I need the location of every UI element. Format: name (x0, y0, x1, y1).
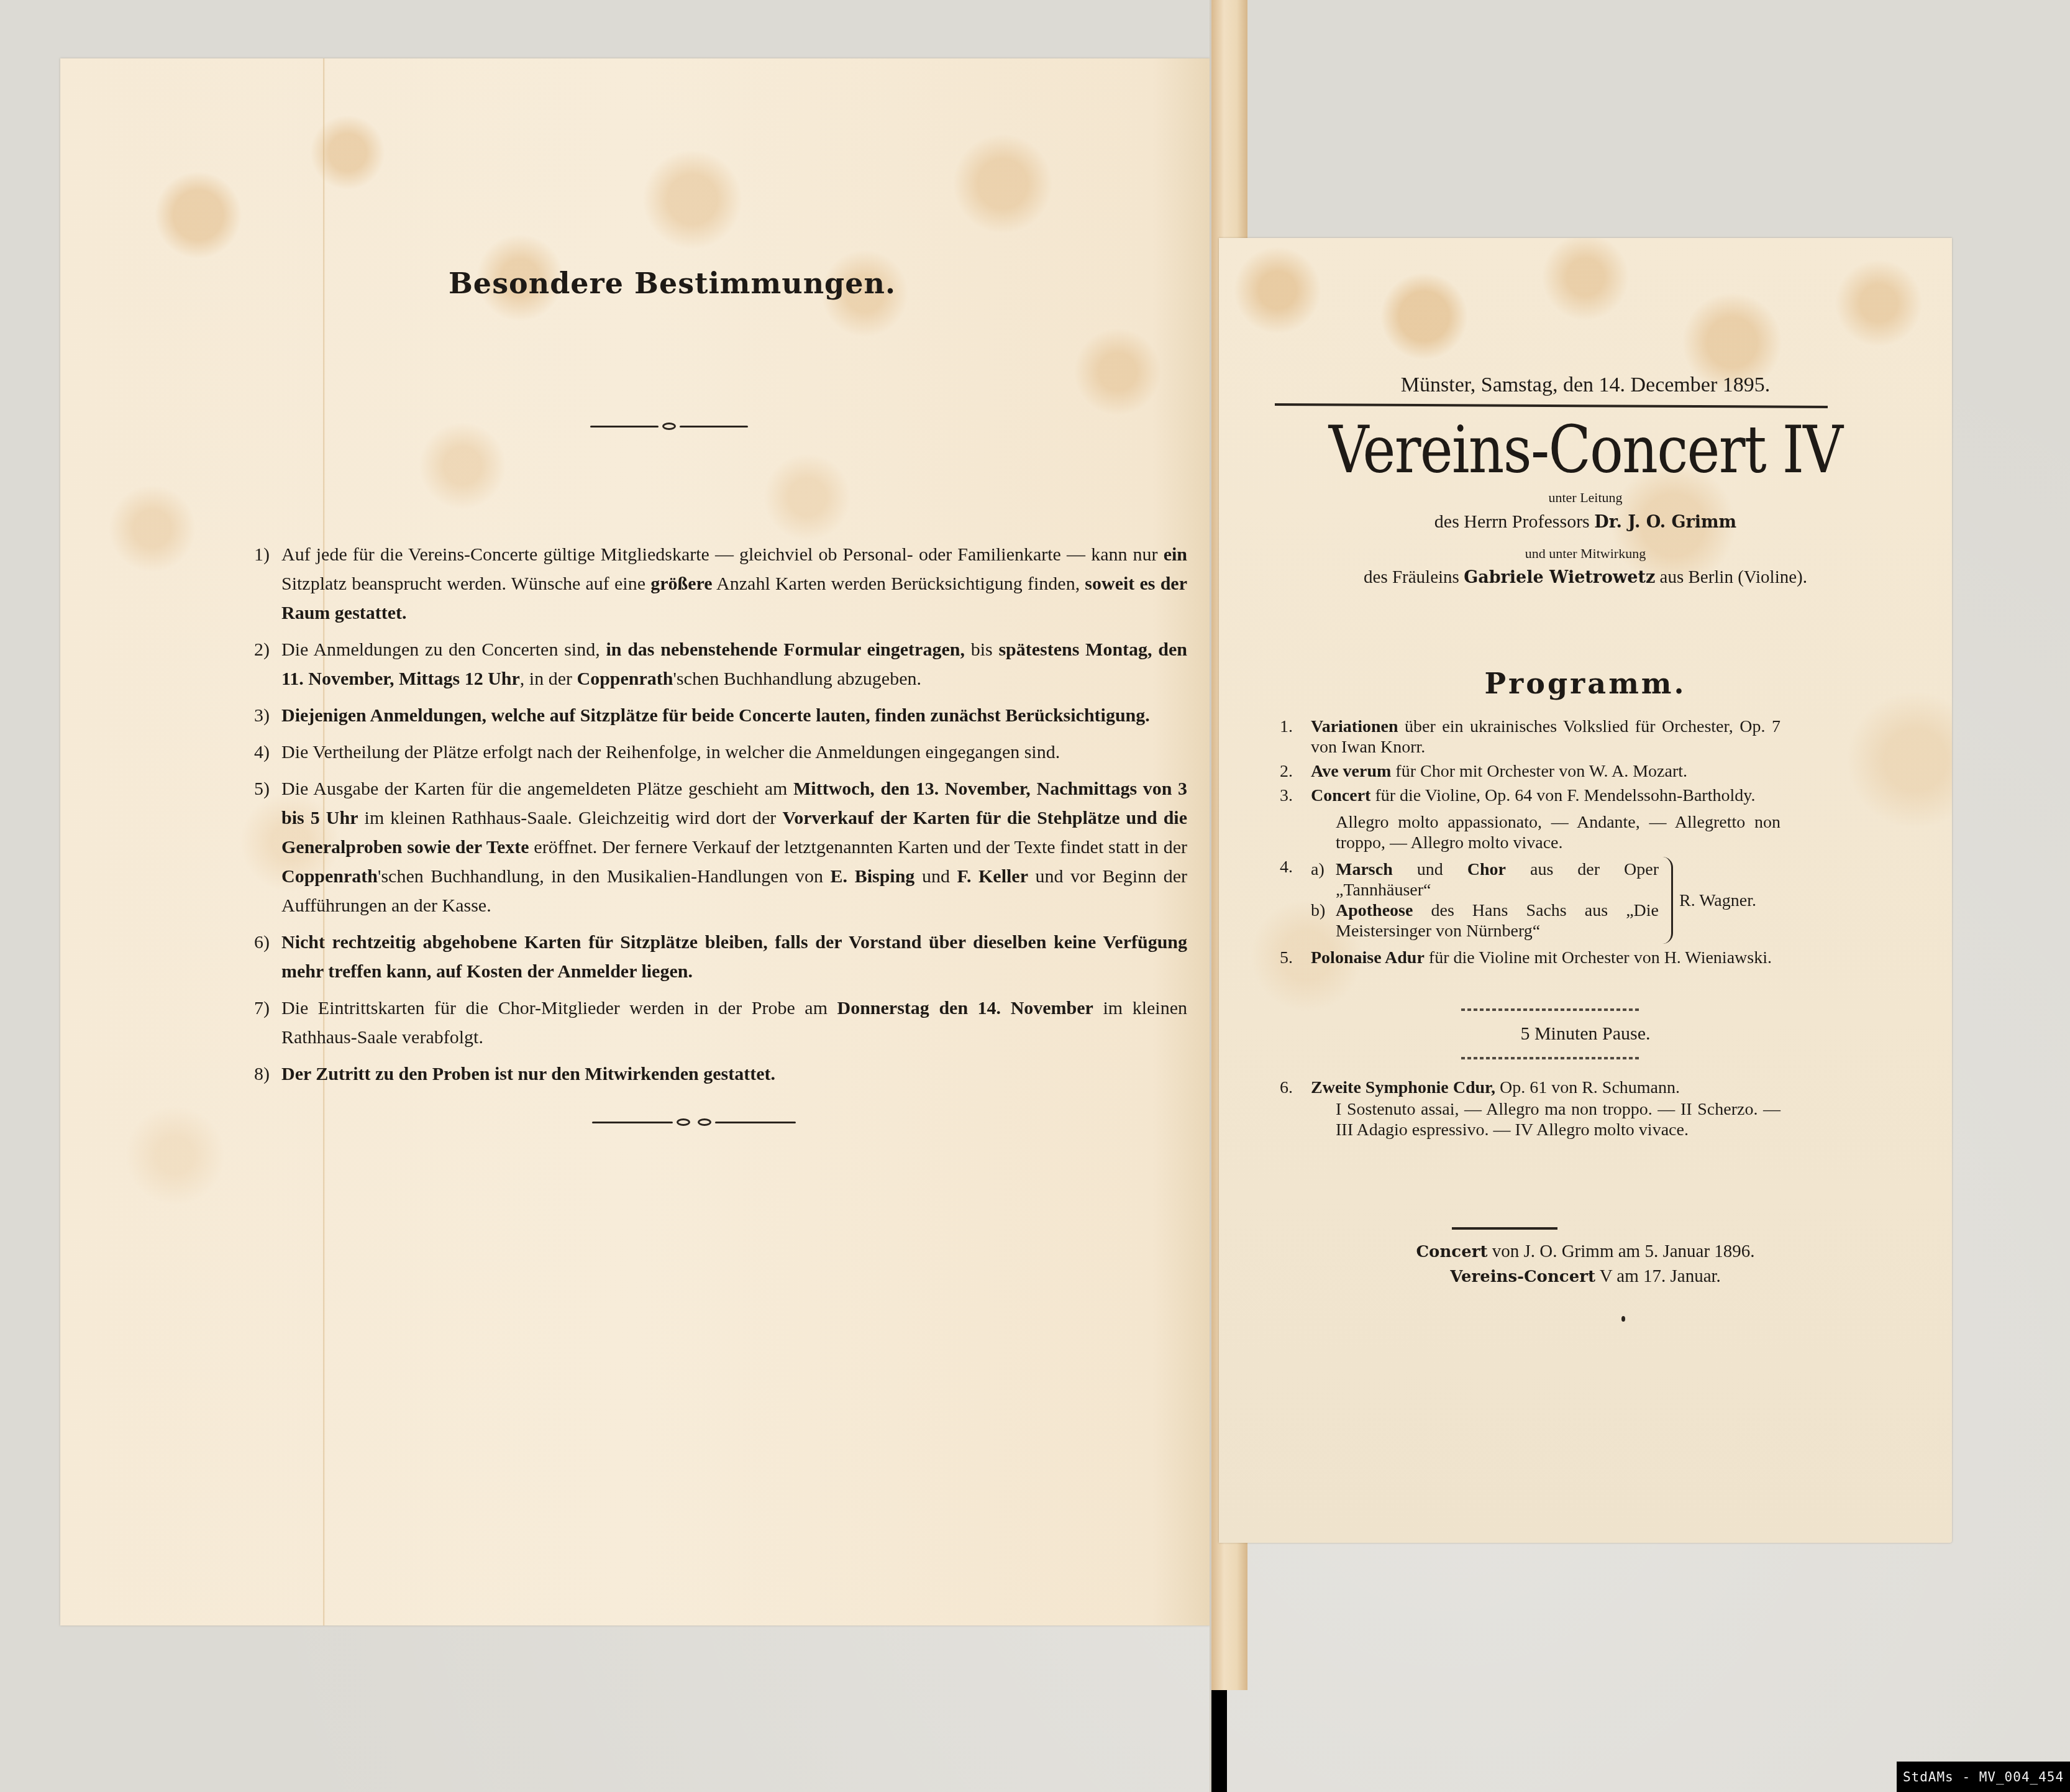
program-item: 4. a) Marsch und Chor aus der Oper „Tann… (1280, 857, 1780, 944)
composer-name: R. Wagner. (1679, 890, 1756, 911)
soloist-prefix: des Fräuleins (1364, 567, 1459, 587)
brace-icon (1662, 857, 1673, 944)
rule-number: 1) (254, 540, 270, 569)
programm-heading: Programm. (1219, 667, 1952, 700)
rule-number: 6) (254, 928, 270, 957)
header-rule (1275, 403, 1828, 408)
rule-number: 4) (254, 738, 270, 767)
rule-item: 2)Die Anmeldungen zu den Concerten sind,… (255, 635, 1187, 693)
rule-item: 1)Auf jede für die Vereins-Concerte gült… (255, 540, 1187, 628)
spine-shadow (1211, 1690, 1227, 1792)
work-title: Zweite Symphonie Cdur, (1311, 1078, 1495, 1097)
under-direction-label: unter Leitung (1219, 490, 1952, 506)
program-item: 2. Ave verum für Chor mit Orchester von … (1280, 761, 1780, 782)
movements: Allegro molto appassionato, — Andante, —… (1311, 812, 1780, 853)
program-subitem: b) Apotheose des Hans Sachs aus „Die Mei… (1311, 900, 1659, 941)
rule-number: 3) (254, 701, 270, 730)
conductor-prefix: des Herrn Professors (1434, 511, 1590, 532)
announcement-line: Vereins-Concert V am 17. Januar. (1219, 1266, 1952, 1287)
work-title: Polonaise Adur (1311, 948, 1425, 967)
divider-rule (1452, 1227, 1557, 1230)
rule-item: 5)Die Ausgabe der Karten für die angemel… (255, 774, 1187, 920)
assistance-label: und unter Mitwirkung (1219, 546, 1952, 562)
program-item: 3. Concert für die Violine, Op. 64 von F… (1280, 785, 1780, 853)
concert-program-slip: Münster, Samstag, den 14. December 1895.… (1219, 238, 1952, 1543)
movements: I Sostenuto assai, — Allegro ma non trop… (1311, 1099, 1780, 1140)
rule-item: 6)Nicht rechtzeitig abgehobene Karten fü… (255, 928, 1187, 986)
rule-number: 2) (254, 635, 270, 664)
wavy-rule (1461, 1057, 1641, 1059)
ornament-divider-icon (576, 423, 762, 430)
rule-number: 5) (254, 774, 270, 803)
rule-number: 7) (254, 994, 270, 1023)
program-item: 6. Zweite Symphonie Cdur, Op. 61 von R. … (1280, 1077, 1780, 1140)
conductor-name: Dr. J. O. Grimm (1594, 513, 1736, 532)
program-item: 5. Polonaise Adur für die Violine mit Or… (1280, 948, 1780, 968)
left-page-title: Besondere Bestimmungen. (60, 267, 1210, 300)
program-subitem: a) Marsch und Chor aus der Oper „Tannhäu… (1311, 859, 1659, 900)
archive-id-label: StdAMs - MV_004_454 (1897, 1762, 2070, 1792)
work-title: Ave verum (1311, 762, 1391, 781)
ornament-flourish-icon (582, 1118, 806, 1126)
rule-item: 8)Der Zutritt zu den Proben ist nur den … (255, 1059, 1187, 1089)
soloist-name: Gabriele Wietrowetz (1464, 568, 1655, 587)
soloist-line: des Fräuleins Gabriele Wietrowetz aus Be… (1219, 567, 1952, 588)
work-title: Variationen (1311, 717, 1398, 736)
intermission-line: 5 Minuten Pause. (1219, 1023, 1952, 1045)
rule-item: 7)Die Eintrittskarten für die Chor-Mitgl… (255, 994, 1187, 1052)
rule-number: 8) (254, 1059, 270, 1089)
concert-date-line: Münster, Samstag, den 14. December 1895. (1219, 373, 1952, 397)
rules-list: 1)Auf jede für die Vereins-Concerte gült… (255, 540, 1187, 1096)
left-page-besondere-bestimmungen: Besondere Bestimmungen. 1)Auf jede für d… (60, 58, 1210, 1625)
program-list: 1. Variationen über ein ukrainisches Vol… (1280, 716, 1780, 972)
rule-item: 4)Die Vertheilung der Plätze erfolgt nac… (255, 738, 1187, 767)
rule-item: 3)Diejenigen Anmeldungen, welche auf Sit… (255, 701, 1187, 730)
ink-dot (1621, 1316, 1625, 1322)
program-list-part2: 6. Zweite Symphonie Cdur, Op. 61 von R. … (1280, 1077, 1780, 1144)
announcement-line: Concert von J. O. Grimm am 5. Januar 189… (1219, 1241, 1952, 1262)
concert-title: Vereins-Concert IV (1270, 412, 1901, 488)
work-title: Concert (1311, 786, 1370, 805)
wagner-group: a) Marsch und Chor aus der Oper „Tannhäu… (1311, 857, 1780, 944)
wavy-rule (1461, 1008, 1641, 1011)
soloist-suffix: aus Berlin (Violine). (1660, 567, 1807, 587)
conductor-line: des Herrn Professors Dr. J. O. Grimm (1219, 511, 1952, 533)
program-item: 1. Variationen über ein ukrainisches Vol… (1280, 716, 1780, 757)
